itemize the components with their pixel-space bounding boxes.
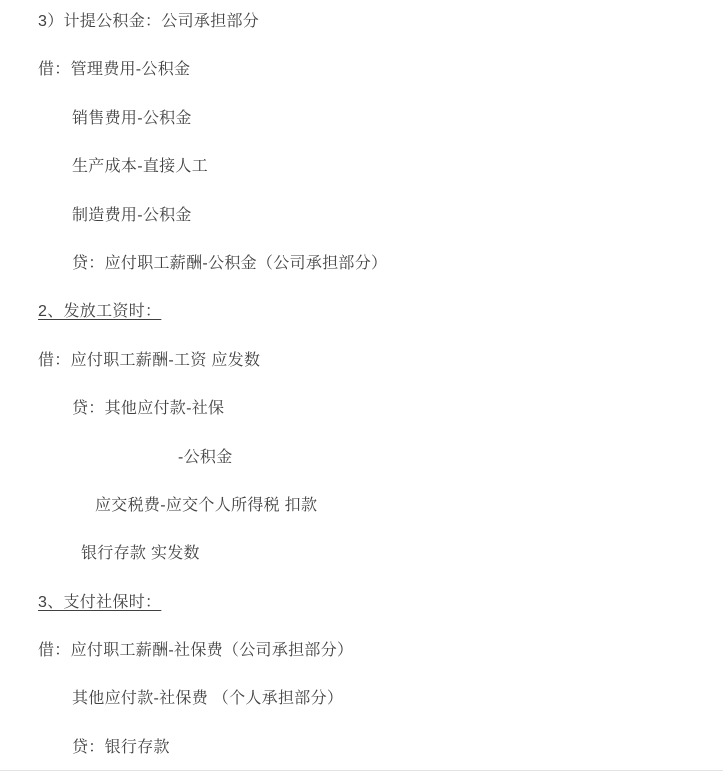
document-line-account: 其他应付款-社保费 （个人承担部分） [38, 687, 703, 711]
document-heading-pay-salary: 2、发放工资时： [38, 300, 703, 324]
document-heading-pay-social-insurance: 3、支付社保时： [38, 591, 703, 615]
document-line-account: 银行存款 实发数 [38, 542, 703, 566]
document-line-debit-entry: 借：应付职工薪酬-工资 应发数 [38, 349, 703, 373]
document-line-heading-provident-fund: 3）计提公积金：公司承担部分 [38, 10, 703, 34]
document-line-sub-account: -公积金 [38, 446, 703, 470]
accounting-notes-document: 3）计提公积金：公司承担部分 借：管理费用-公积金 销售费用-公积金 生产成本-… [0, 0, 723, 777]
document-line-credit-entry: 贷：应付职工薪酬-公积金（公司承担部分） [38, 252, 703, 276]
document-line-credit-entry: 贷：银行存款 [38, 736, 703, 760]
document-line-account: 销售费用-公积金 [38, 107, 703, 131]
bottom-divider [0, 770, 723, 771]
document-line-credit-entry: 贷：其他应付款-社保 [38, 397, 703, 421]
document-line-account: 制造费用-公积金 [38, 204, 703, 228]
document-line-account: 生产成本-直接人工 [38, 155, 703, 179]
document-line-debit-entry: 借：应付职工薪酬-社保费（公司承担部分） [38, 639, 703, 663]
document-line-account: 应交税费-应交个人所得税 扣款 [38, 494, 703, 518]
document-line-debit-entry: 借：管理费用-公积金 [38, 58, 703, 82]
